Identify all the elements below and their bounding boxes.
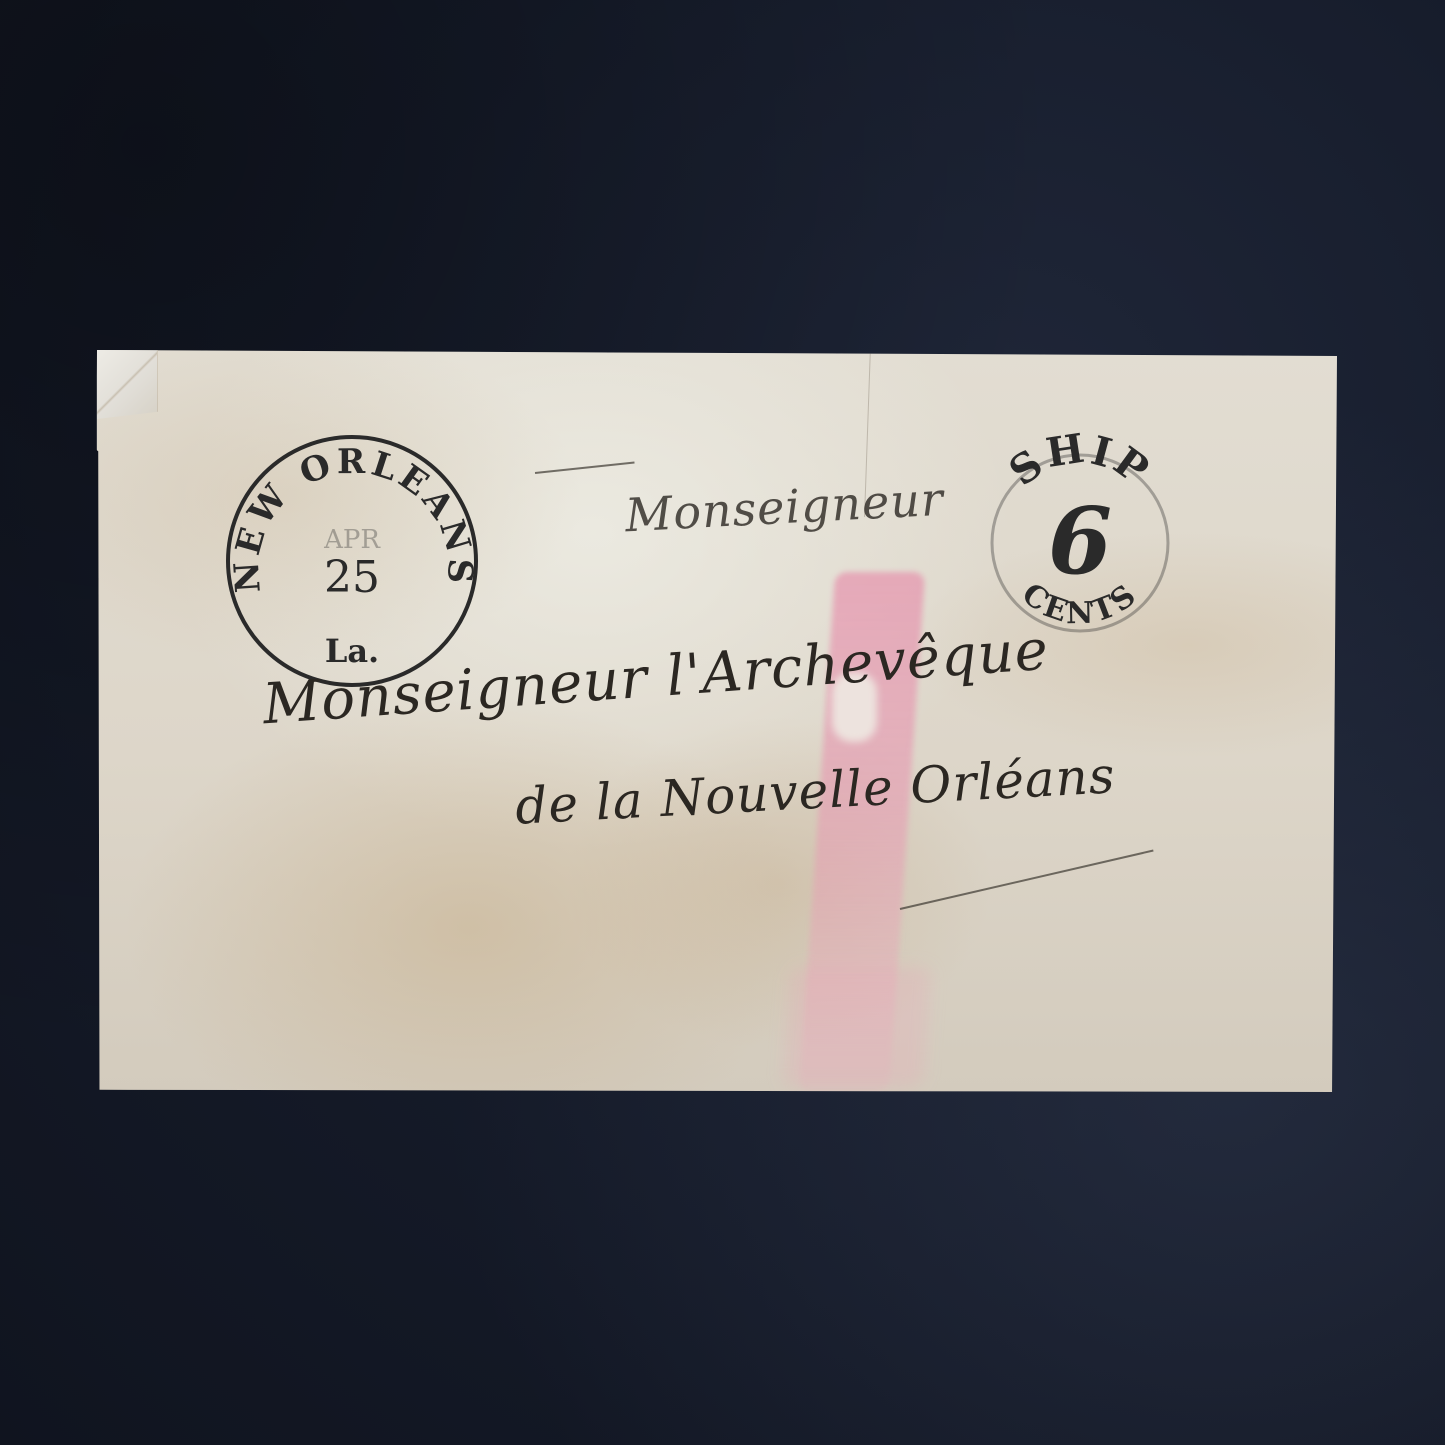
corner-crease bbox=[97, 347, 157, 419]
rate-numeral: 6 bbox=[1048, 487, 1112, 595]
ship-6-cents-marking: SHIP 6 CENTS bbox=[985, 448, 1175, 638]
new-orleans-postmark: NEW ORLEANS APR 25 La. bbox=[221, 430, 483, 692]
postmark-day: 25 bbox=[324, 552, 380, 603]
postmark-month: APR bbox=[323, 525, 381, 555]
red-crayon-mark-lower bbox=[783, 967, 931, 1087]
